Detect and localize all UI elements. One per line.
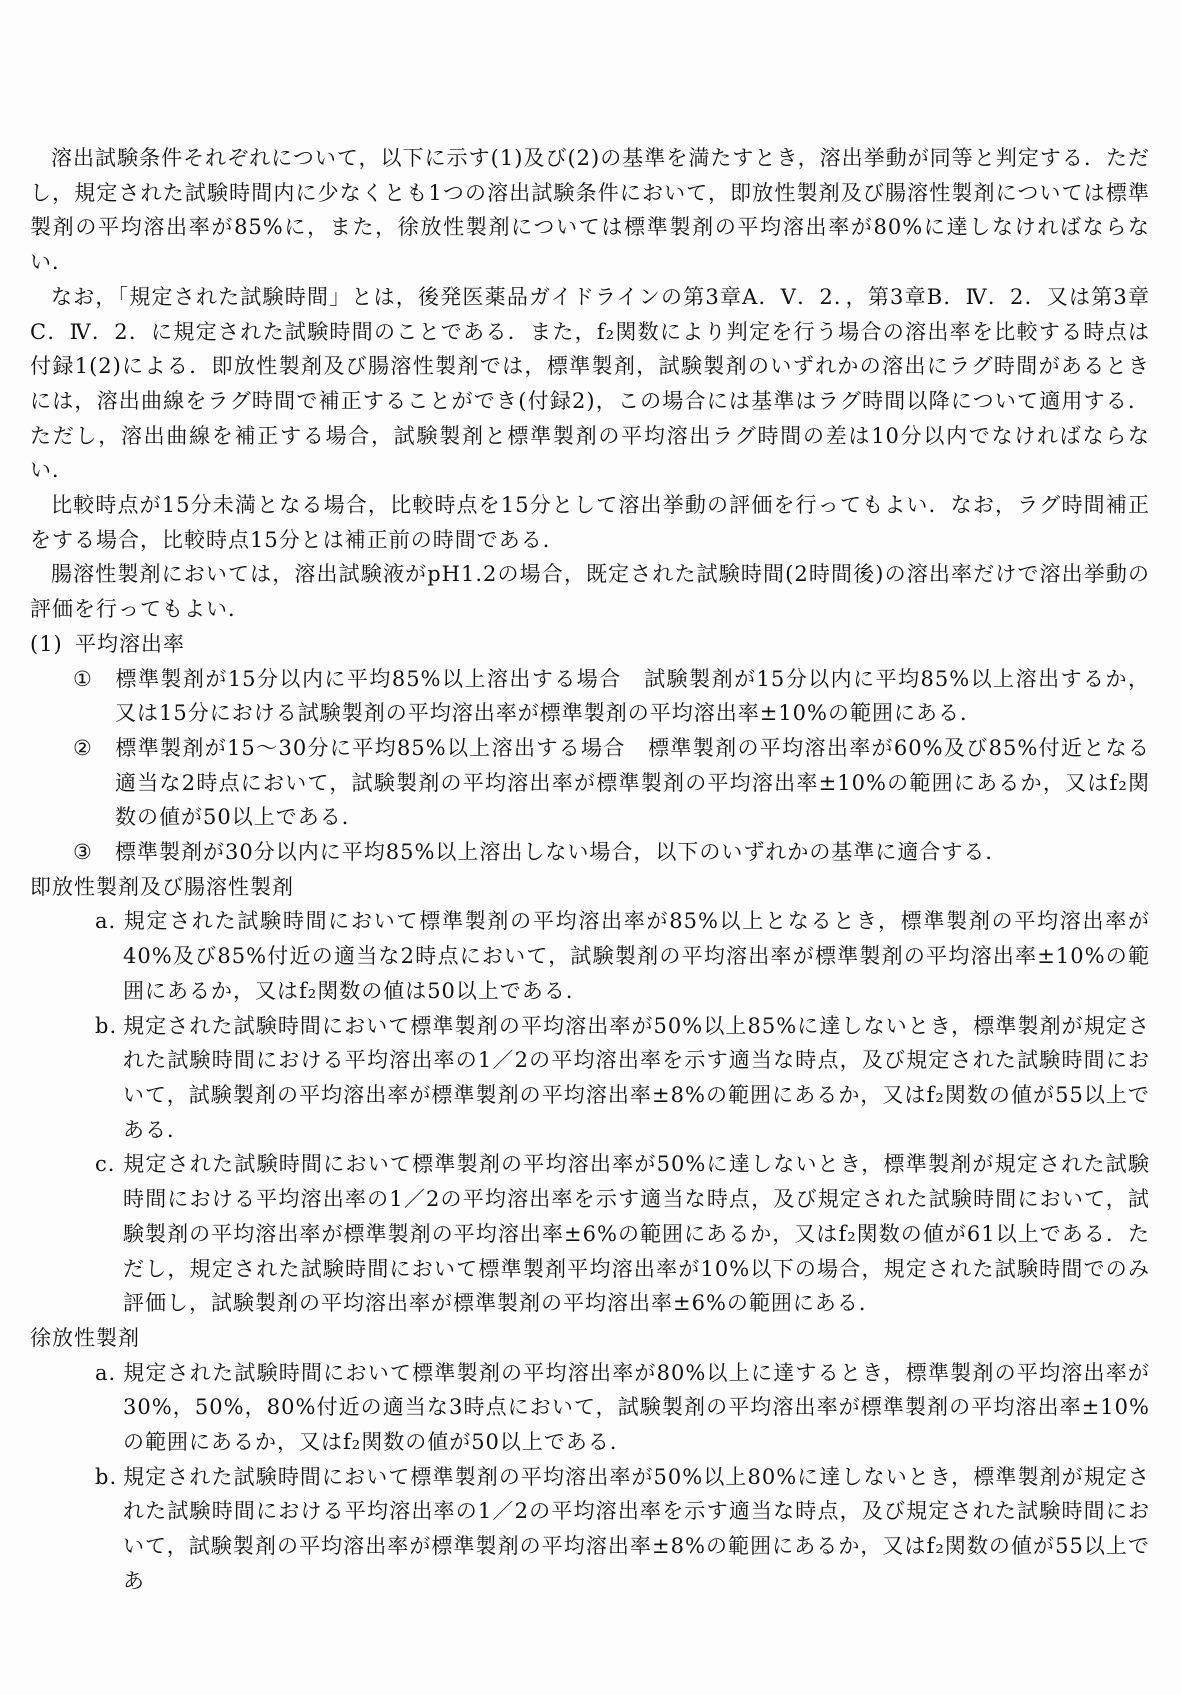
- section-heading: (1)平均溶出率: [30, 627, 1150, 662]
- list-item-text: 標準製剤が30分以内に平均85%以上溶出しない場合，以下のいずれかの基準に適合す…: [115, 840, 1007, 864]
- section-title: 平均溶出率: [75, 632, 185, 656]
- list-item: ②標準製剤が15～30分に平均85%以上溶出する場合 標準製剤の平均溶出率が60…: [30, 731, 1150, 835]
- list-item-text: 標準製剤が15～30分に平均85%以上溶出する場合 標準製剤の平均溶出率が60%…: [115, 736, 1150, 829]
- list-item: b.規定された試験時間において標準製剤の平均溶出率が50%以上85%に達しないと…: [30, 1009, 1150, 1148]
- list-item: c.規定された試験時間において標準製剤の平均溶出率が50%に達しないとき，標準製…: [30, 1147, 1150, 1321]
- subsection-title-extended-release: 徐放性製剤: [30, 1321, 1150, 1356]
- list-item: b.規定された試験時間において標準製剤の平均溶出率が50%以上80%に達しないと…: [30, 1460, 1150, 1599]
- list-marker: b.: [95, 1460, 123, 1495]
- list-item: ③標準製剤が30分以内に平均85%以上溶出しない場合，以下のいずれかの基準に適合…: [30, 835, 1150, 870]
- list-marker: c.: [95, 1147, 123, 1182]
- list-item-text: 規定された試験時間において標準製剤の平均溶出率が50%以上80%に達しないとき，…: [123, 1465, 1150, 1593]
- paragraph: なお，「規定された試験時間」とは，後発医薬品ガイドラインの第3章A．Ⅴ．2．，第…: [30, 280, 1150, 488]
- list-item: a.規定された試験時間において標準製剤の平均溶出率が80%以上に達するとき，標準…: [30, 1356, 1150, 1460]
- list-marker: ③: [73, 835, 115, 870]
- list-item-text: 規定された試験時間において標準製剤の平均溶出率が50%に達しないとき，標準製剤が…: [123, 1152, 1150, 1315]
- list-item-text: 規定された試験時間において標準製剤の平均溶出率が80%以上に達するとき，標準製剤…: [123, 1361, 1150, 1454]
- section-number: (1): [30, 627, 75, 662]
- list-item: a.規定された試験時間において標準製剤の平均溶出率が85%以上となるとき，標準製…: [30, 904, 1150, 1008]
- list-item-text: 規定された試験時間において標準製剤の平均溶出率が50%以上85%に達しないとき，…: [123, 1014, 1150, 1142]
- list-item-text: 規定された試験時間において標準製剤の平均溶出率が85%以上となるとき，標準製剤の…: [123, 909, 1150, 1002]
- list-marker: a.: [95, 1356, 123, 1391]
- paragraph: 比較時点が15分未満となる場合，比較時点を15分として溶出挙動の評価を行ってもよ…: [30, 488, 1150, 557]
- document-page: 溶出試験条件それぞれについて，以下に示す(1)及び(2)の基準を満たすとき，溶出…: [0, 0, 1181, 1695]
- list-marker: ②: [73, 731, 115, 766]
- paragraph: 溶出試験条件それぞれについて，以下に示す(1)及び(2)の基準を満たすとき，溶出…: [30, 141, 1150, 280]
- list-item-text: 標準製剤が15分以内に平均85%以上溶出する場合 試験製剤が15分以内に平均85…: [115, 667, 1150, 726]
- list-marker: a.: [95, 904, 123, 939]
- subsection-title-immediate-release: 即放性製剤及び腸溶性製剤: [30, 870, 1150, 905]
- list-item: ①標準製剤が15分以内に平均85%以上溶出する場合 試験製剤が15分以内に平均8…: [30, 662, 1150, 731]
- list-marker: ①: [73, 662, 115, 697]
- list-marker: b.: [95, 1009, 123, 1044]
- paragraph: 腸溶性製剤においては，溶出試験液がpH1.2の場合，既定された試験時間(2時間後…: [30, 557, 1150, 626]
